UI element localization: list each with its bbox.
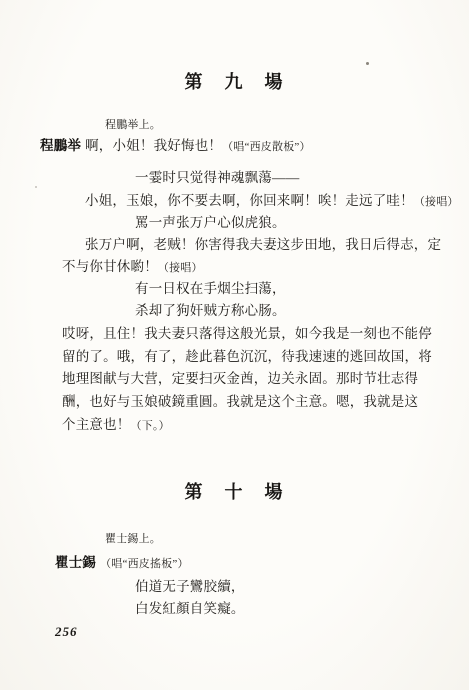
print-speck [35, 186, 37, 188]
dialogue-line: 瞿士錫（唱“西皮搖板”） [55, 555, 189, 572]
exit-stage-direction: （下。） [131, 420, 170, 432]
verse-line: 伯道无子鸞胶續， [135, 579, 245, 596]
dialogue-line: 不与你甘休喲！（接唱） [62, 259, 203, 276]
speaker-name: 瞿士錫 [55, 555, 96, 572]
verse-line: 有一日权在手烟尘扫蕩， [135, 281, 286, 298]
dialogue-line: 哎呀，且住！我夫妻只落得这般光景，如今我是一刻也不能停 [62, 326, 432, 343]
dialogue-line: 小姐，玉娘，你不要去啊，你回来啊！唉！走远了哇！（接唱） [85, 193, 459, 210]
verse-line: 罵一声张万户心似虎狼。 [135, 215, 286, 232]
stage-direction-entrance: 程鵬举上。 [105, 119, 161, 133]
dialogue-text: 啊，小姐！我好悔也！ [85, 138, 222, 153]
speaker-name: 程鵬举 [40, 138, 81, 155]
dialogue-line: 留的了。哦，有了，趁此暮色沉沉，待我速速的逃回故国，将 [62, 349, 432, 366]
book-page: 第 九 場 程鵬举上。 程鵬举啊，小姐！我好悔也！（唱“西皮散板”） 一霎时只觉… [0, 0, 469, 690]
scene-nine-title: 第 九 場 [0, 68, 469, 94]
dialogue-line: 程鵬举啊，小姐！我好悔也！（唱“西皮散板”） [40, 138, 311, 155]
stage-direction-entrance: 瞿士錫上。 [105, 533, 161, 547]
singing-cue: （接唱） [158, 262, 203, 274]
dialogue-text: 不与你甘休喲！ [62, 259, 158, 274]
dialogue-text: 小姐，玉娘，你不要去啊，你回来啊！唉！走远了哇！ [85, 193, 414, 208]
dialogue-line: 酬，也好与玉娘破鏡重圓。我就是这个主意。嗯，我就是这 [62, 394, 418, 411]
singing-cue: （唱“西皮散板”） [222, 141, 311, 153]
singing-cue: （接唱） [414, 196, 459, 208]
dialogue-line: 地理图献与大营，定要扫灭金酋，边关永固。那时节壮志得 [62, 371, 418, 388]
verse-line: 白发紅顏自笑癡。 [135, 601, 245, 618]
page-number: 256 [55, 624, 78, 640]
scene-ten-title: 第 十 場 [0, 478, 469, 504]
dialogue-line: 张万户啊，老贼！你害得我夫妻这步田地，我日后得志，定 [85, 237, 441, 254]
print-speck [366, 62, 369, 65]
dialogue-text: 个主意也！ [62, 417, 131, 432]
verse-line: 杀却了狗奸贼方称心肠。 [135, 303, 286, 320]
verse-line: 一霎时只觉得神魂飘蕩—— [135, 170, 299, 187]
dialogue-line: 个主意也！（下。） [62, 417, 170, 434]
singing-cue: （唱“西皮搖板”） [100, 558, 189, 570]
